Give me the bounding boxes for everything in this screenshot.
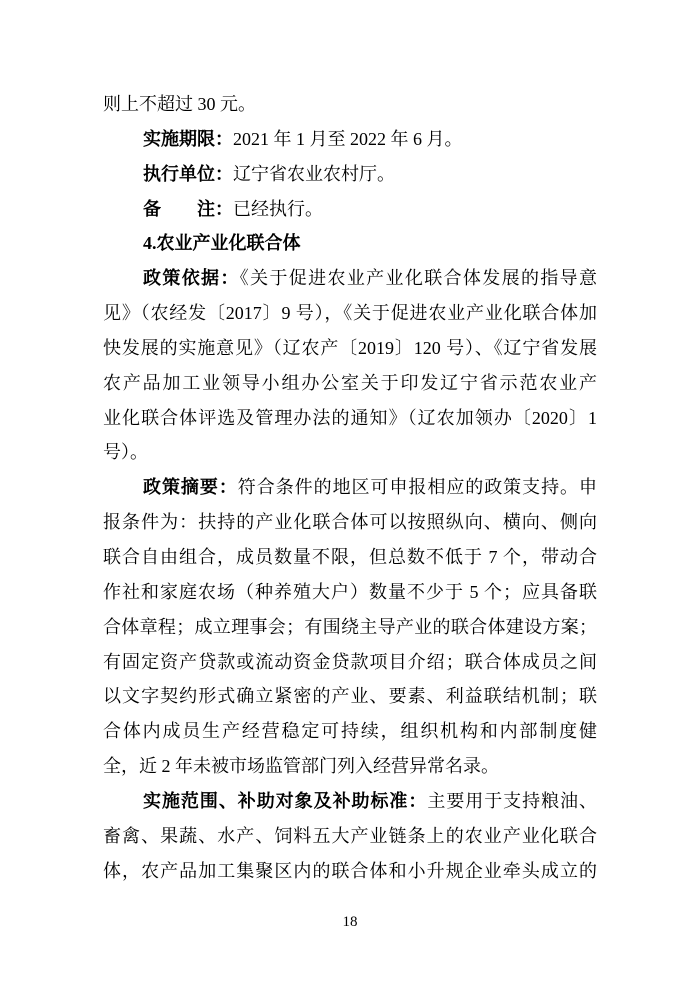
text-line: 合体内成员生产经营稳定可持续，组织机构和内部制度健 [103,714,597,749]
text-segment: 农产品加工业领导小组办公室关于印发辽宁省示范农业产 [103,373,597,393]
text-line: 4.农业产业化联合体 [103,226,597,261]
text-segment: 业化联合体评选及管理办法的通知》（辽农加领办〔2020〕1 [103,408,597,428]
text-line: 业化联合体评选及管理办法的通知》（辽农加领办〔2020〕1 [103,401,597,436]
text-segment: 作社和家庭农场（种养殖大户）数量不少于 5 个；应具备联 [103,582,597,602]
text-line: 政策依据：《关于促进农业产业化联合体发展的指导意 [103,261,597,296]
text-segment: 有固定资产贷款或流动资金贷款项目介绍；联合体成员之间 [103,652,597,672]
text-segment: 2021 年 1 月至 2022 年 6 月。 [233,129,463,149]
bold-text-segment: 4.农业产业化联合体 [143,233,301,253]
bold-text-segment: 政策摘要： [143,477,238,497]
text-segment: 已经执行。 [233,199,323,219]
text-line: 体，农产品加工集聚区内的联合体和小升规企业牵头成立的 [103,854,597,889]
text-line: 实施期限：2021 年 1 月至 2022 年 6 月。 [103,122,597,157]
text-segment: 符合条件的地区可申报相应的政策支持。申 [238,477,597,497]
text-segment: 则上不超过 30 元。 [103,94,256,114]
text-segment: 辽宁省农业农村厅。 [233,164,395,184]
text-line: 快发展的实施意见》（辽农产〔2019〕120 号）、《辽宁省发展 [103,331,597,366]
text-line: 有固定资产贷款或流动资金贷款项目介绍；联合体成员之间 [103,645,597,680]
text-segment: 畜禽、果蔬、水产、饲料五大产业链条上的农业产业化联合 [103,826,597,846]
text-line: 合体章程；成立理事会；有围绕主导产业的联合体建设方案； [103,610,597,645]
text-line: 见》（农经发〔2017〕9 号），《关于促进农业产业化联合体加 [103,296,597,331]
text-line: 全，近 2 年未被市场监管部门列入经营异常名录。 [103,749,597,784]
bold-text-segment: 执行单位： [143,164,233,184]
text-segment: 以文字契约形式确立紧密的产业、要素、利益联结机制；联 [103,686,597,706]
text-segment: 见》（农经发〔2017〕9 号），《关于促进农业产业化联合体加 [103,303,597,323]
text-segment: 合体章程；成立理事会；有围绕主导产业的联合体建设方案； [103,617,597,637]
text-line: 备 注：已经执行。 [103,192,597,227]
text-line: 联合自由组合，成员数量不限，但总数不低于 7 个，带动合 [103,540,597,575]
text-segment: 快发展的实施意见》（辽农产〔2019〕120 号）、《辽宁省发展 [103,338,597,358]
bold-text-segment: 备 注： [143,199,233,219]
bold-text-segment: 实施期限： [143,129,233,149]
text-line: 农产品加工业领导小组办公室关于印发辽宁省示范农业产 [103,366,597,401]
text-line: 报条件为：扶持的产业化联合体可以按照纵向、横向、侧向 [103,505,597,540]
bold-text-segment: 政策依据： [143,268,240,288]
text-line: 则上不超过 30 元。 [103,87,597,122]
text-segment: 全，近 2 年未被市场监管部门列入经营异常名录。 [103,756,499,776]
text-segment: 主要用于支持粮油、 [427,791,597,811]
text-line: 畜禽、果蔬、水产、饲料五大产业链条上的农业产业化联合 [103,819,597,854]
document-body: 则上不超过 30 元。实施期限：2021 年 1 月至 2022 年 6 月。执… [103,87,597,888]
text-segment: 号）。 [103,442,148,462]
text-segment: 报条件为：扶持的产业化联合体可以按照纵向、横向、侧向 [103,512,597,532]
text-segment: 《关于促进农业产业化联合体发展的指导意 [240,268,597,288]
text-line: 以文字契约形式确立紧密的产业、要素、利益联结机制；联 [103,679,597,714]
text-line: 实施范围、补助对象及补助标准：主要用于支持粮油、 [103,784,597,819]
bold-text-segment: 实施范围、补助对象及补助标准： [143,791,427,811]
text-segment: 合体内成员生产经营稳定可持续，组织机构和内部制度健 [103,721,597,741]
document-page: 则上不超过 30 元。实施期限：2021 年 1 月至 2022 年 6 月。执… [0,0,700,990]
text-line: 执行单位：辽宁省农业农村厅。 [103,157,597,192]
text-segment: 体，农产品加工集聚区内的联合体和小升规企业牵头成立的 [103,861,597,881]
text-line: 号）。 [103,435,597,470]
text-segment: 联合自由组合，成员数量不限，但总数不低于 7 个，带动合 [103,547,597,567]
text-line: 政策摘要：符合条件的地区可申报相应的政策支持。申 [103,470,597,505]
page-number: 18 [103,912,597,932]
text-line: 作社和家庭农场（种养殖大户）数量不少于 5 个；应具备联 [103,575,597,610]
